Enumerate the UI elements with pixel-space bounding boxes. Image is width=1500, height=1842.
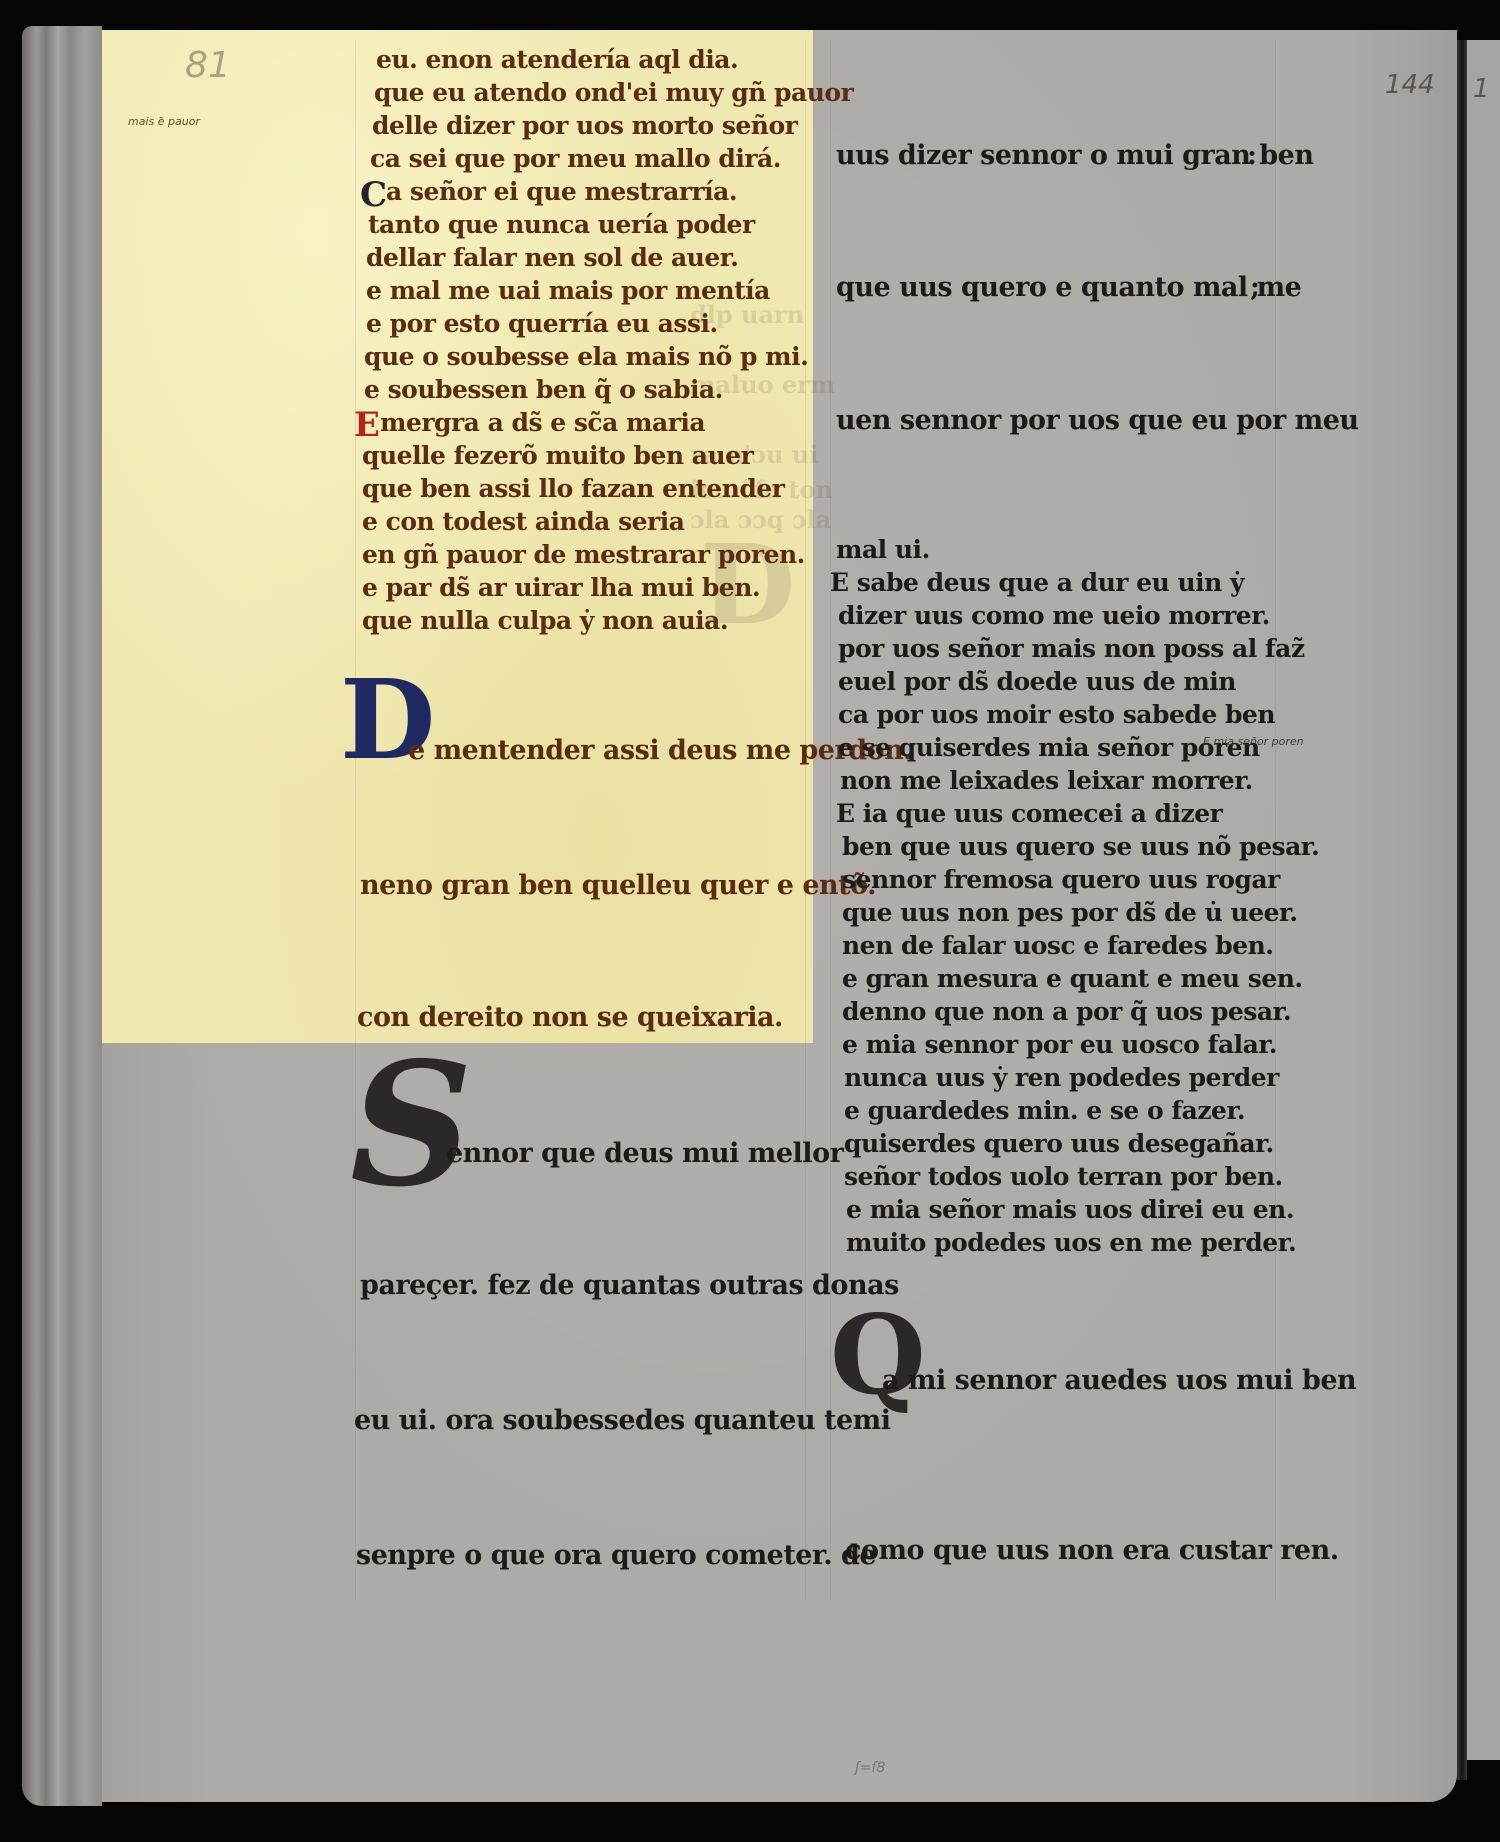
text-line: a mi sennor auedes uos mui ben [882,1365,1356,1396]
text-line: e se quiserdes mia señor poren [838,733,1260,762]
line-end-mark: : [1247,140,1256,171]
text-line: delle dizer por uos morto señor [372,111,797,140]
book-page-edges [22,26,102,1806]
folio-number-left: 81 [185,45,231,86]
text-line: en gñ pauor de mestrarar poren. [362,540,805,569]
text-line: por uos señor mais non poss al faz̃ [838,634,1305,663]
text-line: mergra a ds̃ e sc̃a maria [380,408,705,437]
text-line: e mia sennor por eu uosco falar. [842,1030,1277,1059]
left-margin-note: mais ẽ pauor [128,115,200,128]
text-line: señor todos uolo terran por ben. [844,1162,1283,1191]
text-line: que o soubesse ela mais nõ p mi. [364,342,808,371]
book-gutter [1457,40,1467,1780]
text-line: muito podedes uos en me perder. [846,1228,1296,1257]
text-line: sennor fremosa quero uus rogar [842,865,1280,894]
text-line: e soubessen ben q̃ o sabia. [364,375,723,404]
next-folio-number: 1 [1473,74,1490,104]
text-line: E ia que uus comecei a dizer [836,799,1222,828]
text-line: eu ui. ora soubessedes quanteu temi [354,1405,890,1436]
right-margin-note: E mia señor poren [1203,735,1304,748]
text-line: e mal me uai mais por mentía [366,276,770,305]
text-line: ennor que deus mui mellor [446,1138,843,1169]
text-line: e mentender assi deus me perdon. [408,735,912,766]
text-line: e por esto querría eu assi. [366,309,718,338]
text-line: quelle fezerõ muito ben auer [362,441,753,470]
text-line: e mia señor mais uos direi eu en. [846,1195,1294,1224]
ruling-line [355,40,356,1600]
line-end-mark: ; [1250,272,1259,303]
text-line: senpre o que ora quero cometer. de [356,1540,876,1571]
text-line: e guardedes min. e se o fazer. [844,1096,1245,1125]
initial-e-red: E [354,408,380,442]
text-line: uen sennor por uos que eu por meu [836,405,1359,436]
text-line: e con todest ainda seria [362,507,684,536]
text-line: denno que non a por q̃ uos pesar. [842,997,1291,1026]
text-line: ben que uus quero se uus nõ pesar. [842,832,1319,861]
text-line: ca sei que por meu mallo dirá. [370,144,781,173]
text-line: uus dizer sennor o mui gran ben [836,140,1314,171]
folio-number-right: 144 [1385,70,1435,100]
text-line: e par ds̃ ar uirar lha mui ben. [362,573,760,602]
text-line: que eu atendo ond'ei muy gñ pauor [374,78,853,107]
text-line: dizer uus como me ueio morrer. [838,601,1270,630]
text-line: e gran mesura e quant e meu sen. [842,964,1303,993]
text-line: euel por ds̃ doede uus de min [838,667,1236,696]
text-line: nen de falar uosc e faredes ben. [842,931,1274,960]
text-line: que ben assi llo fazan entender [362,474,784,503]
text-line: a señor ei que mestrarría. [386,177,737,206]
text-line: dellar falar nen sol de auer. [366,243,738,272]
text-line: como que uus non era custar ren. [845,1535,1339,1566]
text-line: quiserdes quero uus desegañar. [844,1129,1274,1158]
text-line: ca por uos moir esto sabede ben [838,700,1275,729]
text-line: que uus non pes por ds̃ de u̇ ueer. [842,898,1298,927]
initial-c: C [360,178,387,212]
text-line: que nulla culpa ẏ non auia. [362,606,728,635]
text-line: non me leixades leixar morrer. [840,766,1253,795]
text-line: pareçer. fez de quantas outras donas [360,1270,899,1301]
text-line: eu. enon atendería aql dia. [376,45,738,74]
text-line: E sabe deus que a dur eu uin ẏ [830,568,1244,597]
text-line: mal ui. [836,535,930,564]
text-line: neno gran ben quelleu quer e entõ. [360,870,876,901]
next-page-edge: 1 [1467,40,1500,1760]
text-line: nunca uus ẏ ren podedes perder [844,1063,1279,1092]
initial-s: S [350,1040,473,1210]
text-line: tanto que nunca uería poder [368,210,755,239]
text-line: que uus quero e quanto mal me [836,272,1301,303]
bottom-pencil-mark: ʃ=ſ8 [855,1760,885,1776]
ruling-line [805,40,806,1600]
